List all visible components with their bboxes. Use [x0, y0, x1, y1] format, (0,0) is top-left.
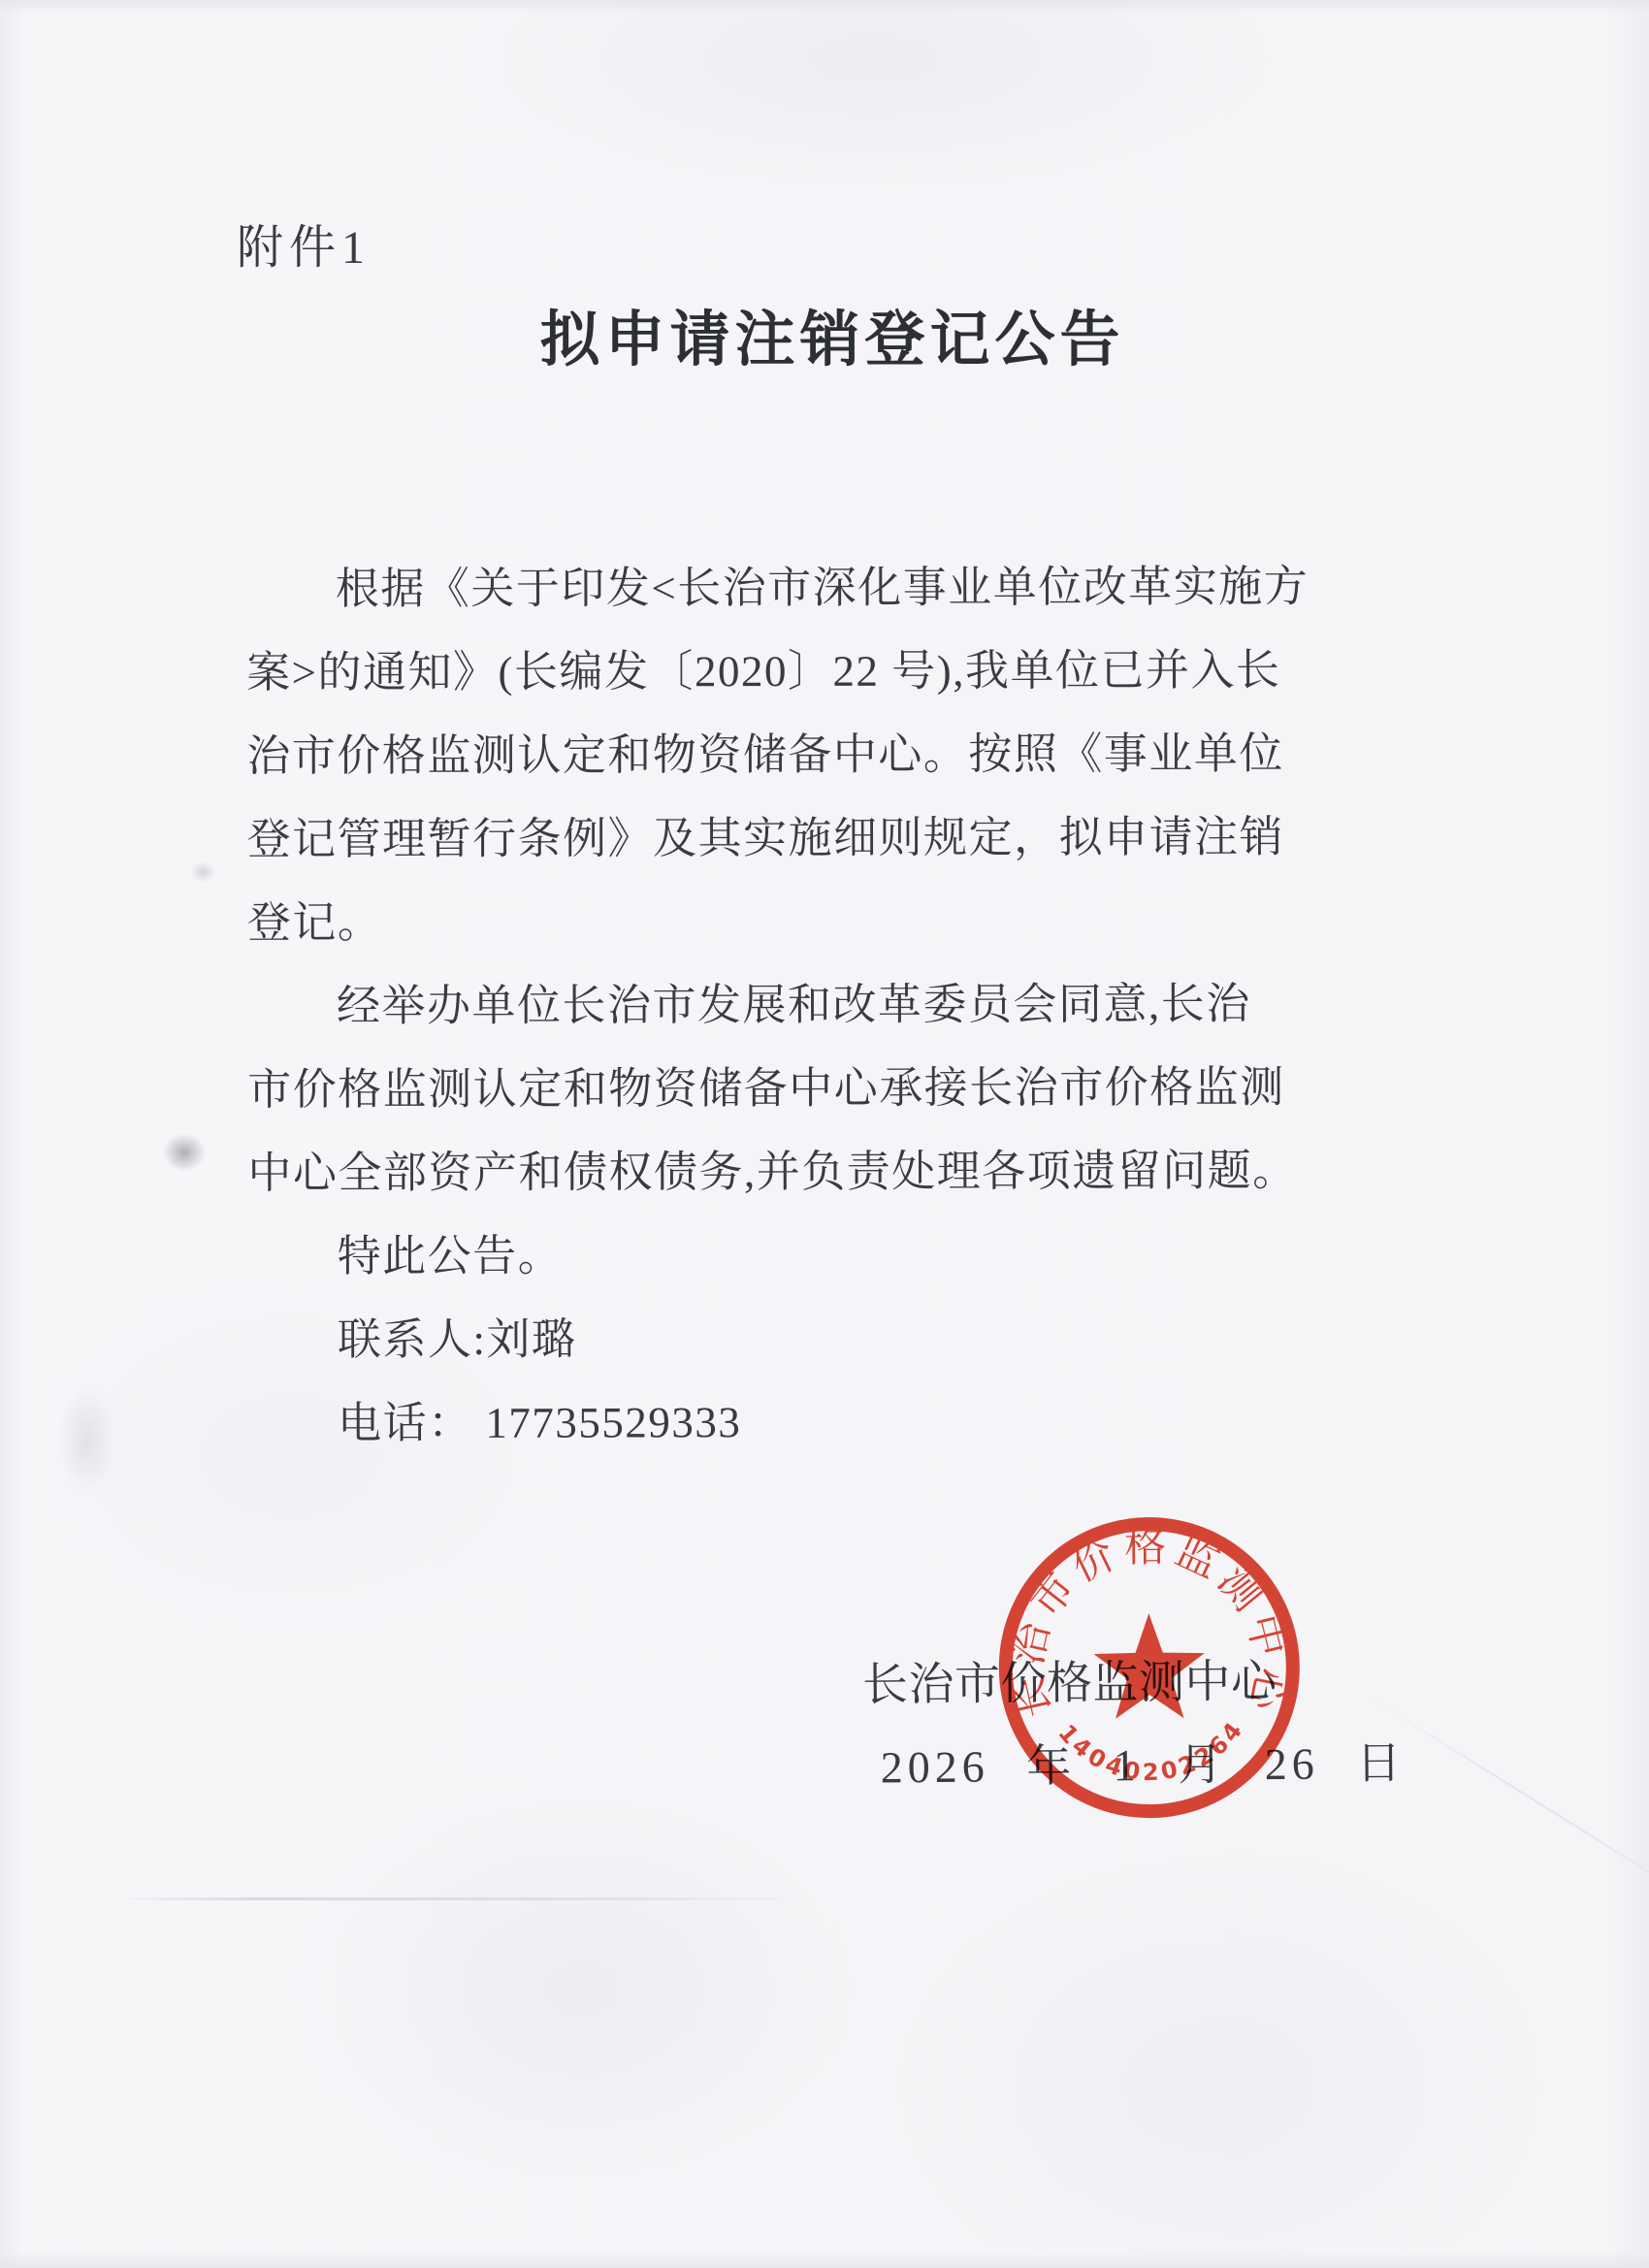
- official-seal: 长治市价格监测中心 1404020226452: [973, 1492, 1325, 1844]
- signature-block: 长治市价格监测中心 2026 年 1 月 26 日 长治市价格监测中心 1404…: [0, 0, 1649, 2268]
- seal-star-icon: [1093, 1613, 1205, 1719]
- scanned-document-page: 附件1 拟申请注销登记公告 根据《关于印发<长治市深化事业单位改革实施方 案>的…: [0, 0, 1649, 2268]
